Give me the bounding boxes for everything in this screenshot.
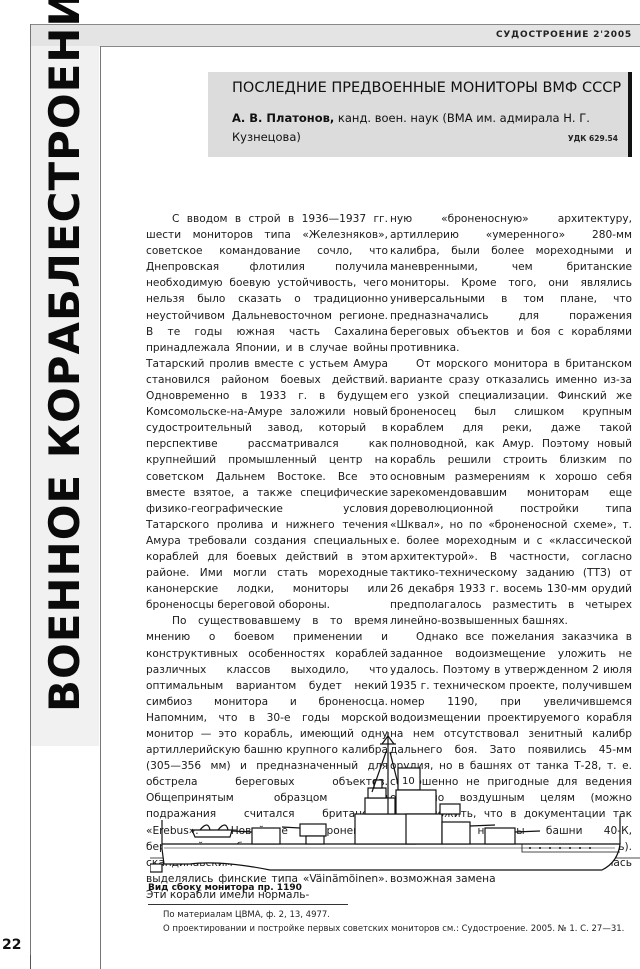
author-name: А. В. Платонов, xyxy=(232,111,334,125)
figure-caption: Вид сбоку монитора пр. 1190 xyxy=(148,883,302,893)
paragraph: От морского монитора в британском вариан… xyxy=(390,356,632,630)
footnote: О проектировании и постройке первых сове… xyxy=(163,922,624,936)
inner-frame-left-rule xyxy=(100,46,101,969)
inner-frame-top-rule xyxy=(100,46,640,47)
journal-header: СУДОСТРОЕНИЕ 2'2005 xyxy=(496,30,632,40)
paragraph: С вводом в строй в 1936—1937 гг. шести м… xyxy=(146,211,388,613)
footnote: По материалам ЦВМА, ф. 2, 13, 4977. xyxy=(163,908,624,922)
author-line: А. В. Платонов, канд. воен. наук (ВМА им… xyxy=(232,109,612,147)
page-number: 22 xyxy=(2,937,21,953)
ship-side-view-figure: 10 xyxy=(150,732,640,877)
turret-number-label: 10 xyxy=(402,776,415,787)
monitor-ship-drawing: 10 xyxy=(150,732,640,877)
article-title-box: ПОСЛЕДНИЕ ПРЕДВОЕННЫЕ МОНИТОРЫ ВМФ СССР … xyxy=(208,72,632,157)
article-title: ПОСЛЕДНИЕ ПРЕДВОЕННЫЕ МОНИТОРЫ ВМФ СССР xyxy=(232,80,621,96)
page-margin-tick xyxy=(30,955,31,969)
footnote-rule xyxy=(148,904,348,905)
section-vertical-title: ВОЕННОЕ КОРАБЛЕСТРОЕНИЕ xyxy=(44,0,86,712)
footnotes: По материалам ЦВМА, ф. 2, 13, 4977. О пр… xyxy=(163,908,624,936)
paragraph: ную «броненосную» архитектуру, артиллери… xyxy=(390,211,632,356)
udk-code: УДК 629.54 xyxy=(568,134,618,143)
